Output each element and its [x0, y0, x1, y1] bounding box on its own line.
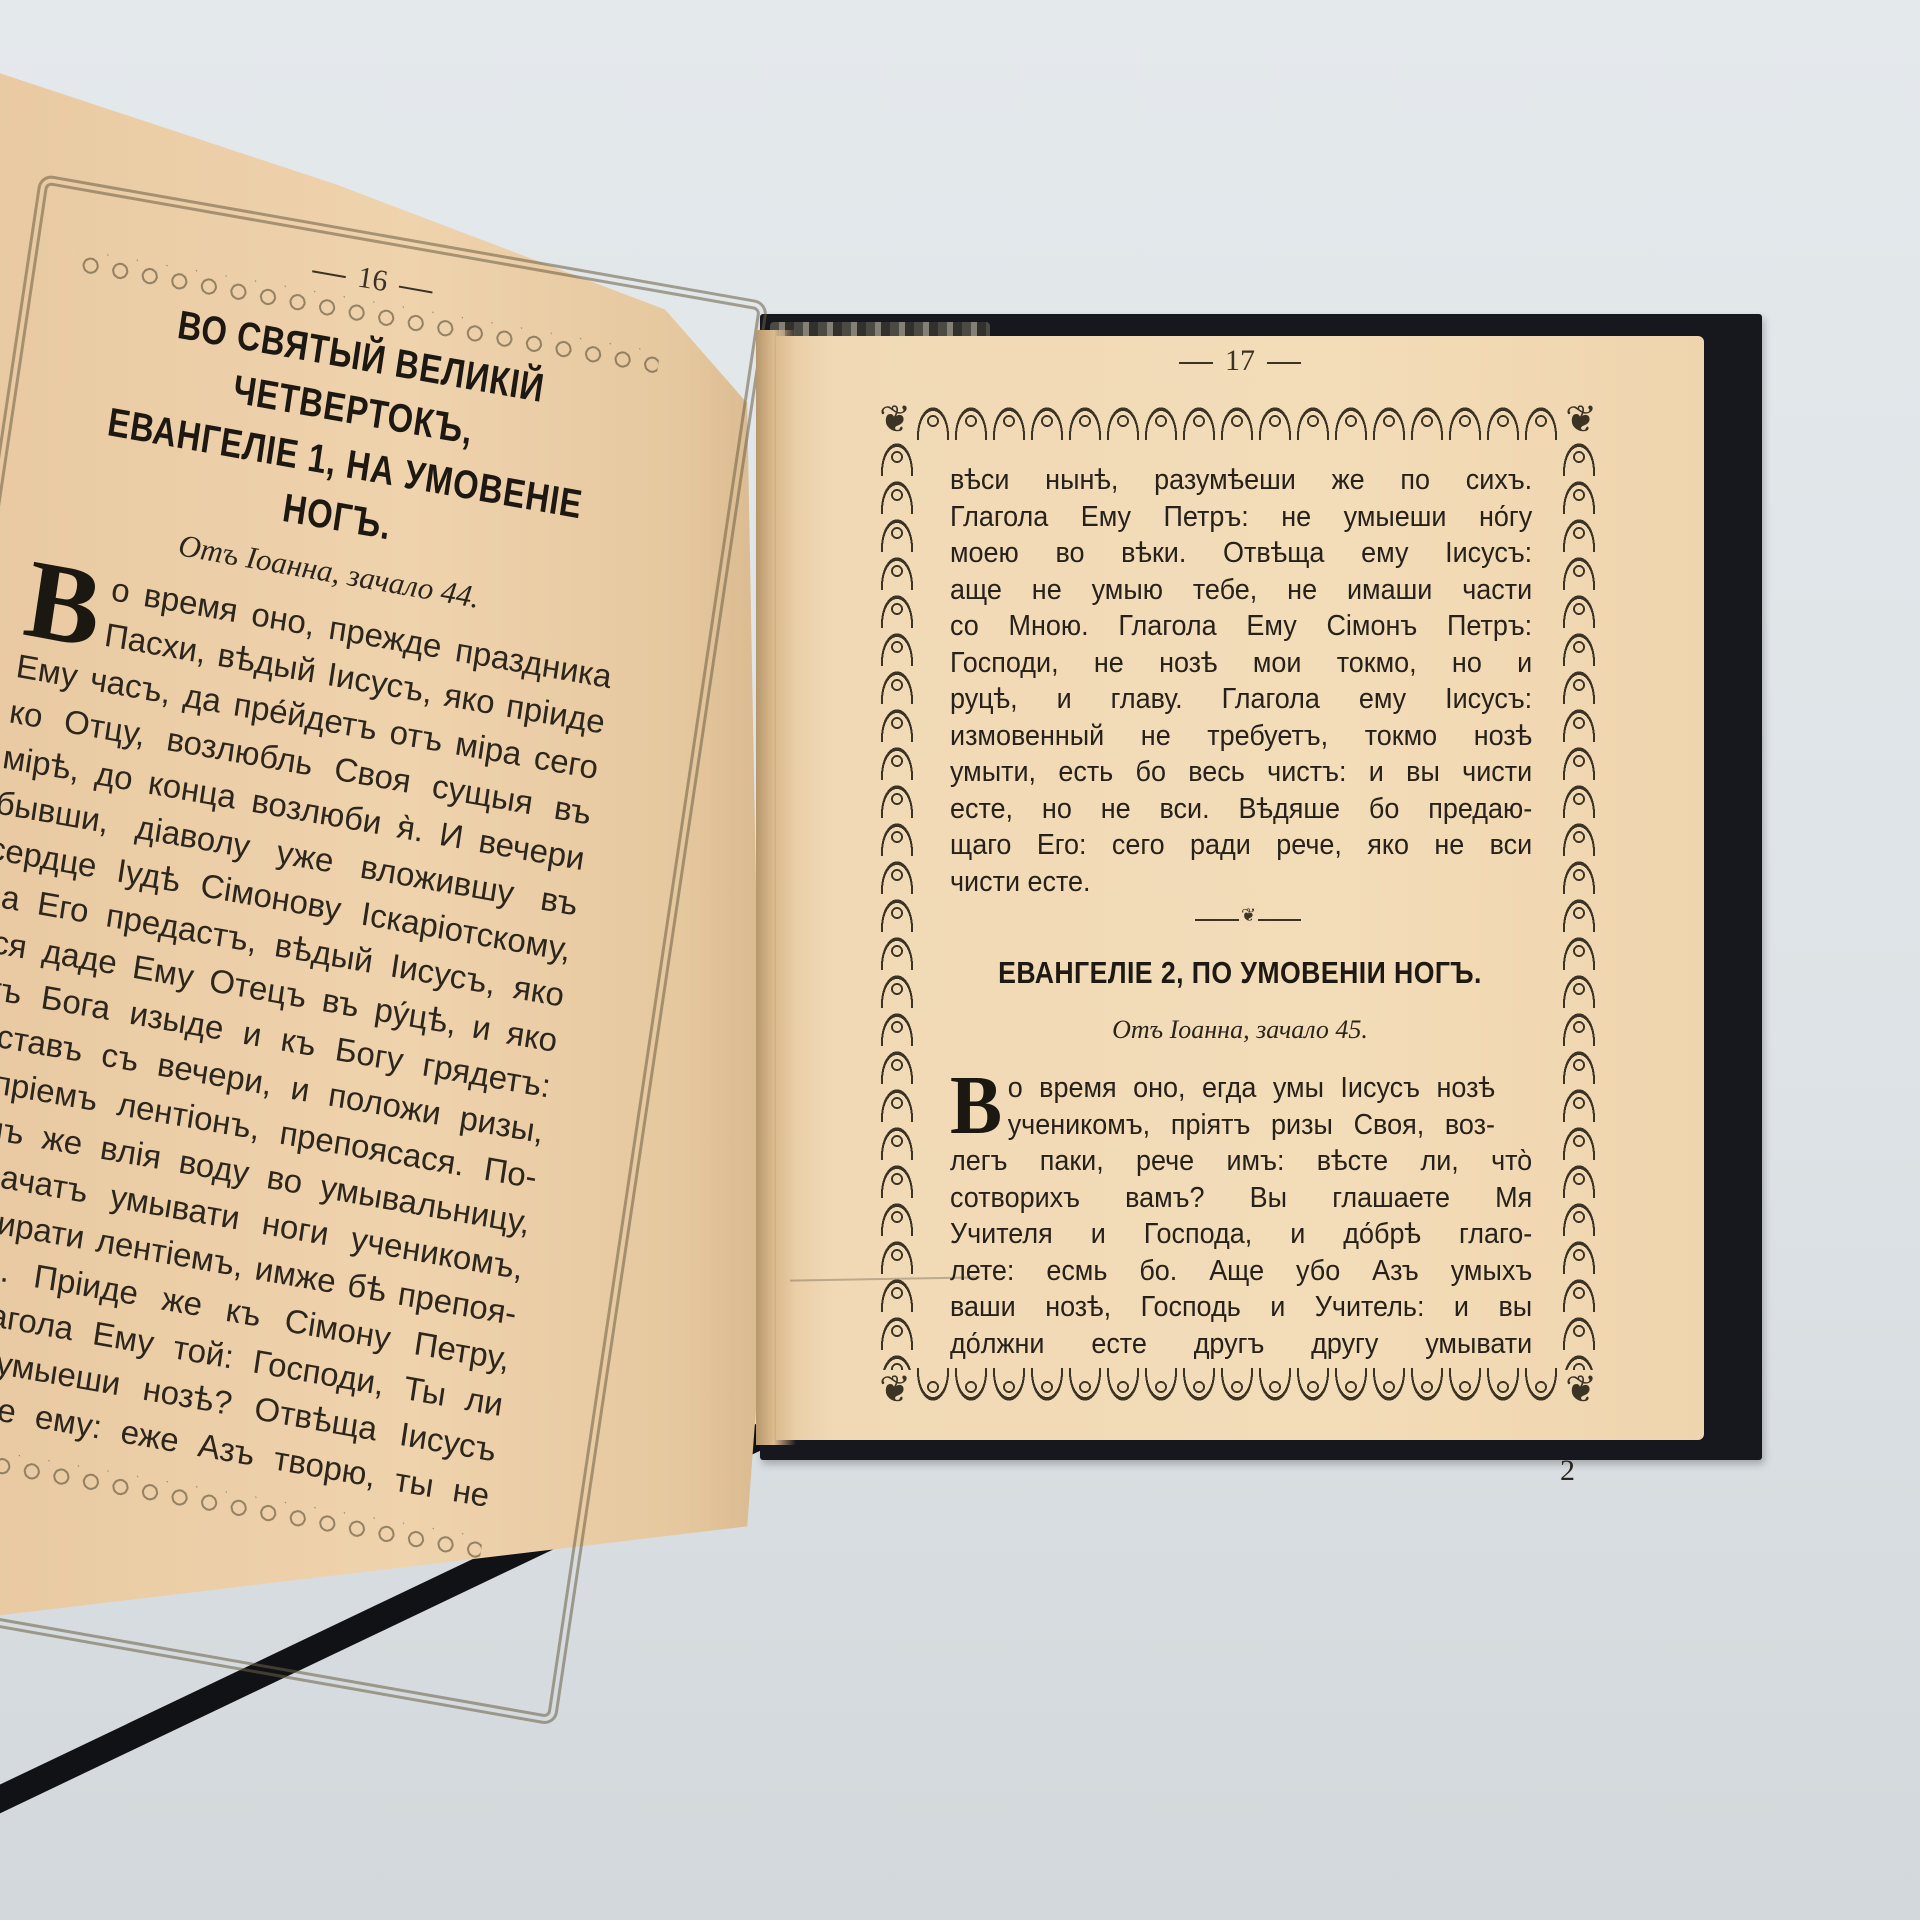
right-continued-text: вѣси нынѣ, разумѣеши же по сихъ. Глагола…	[950, 462, 1491, 900]
text-line: умыти, есть бо весь чистъ: и вы чисти	[950, 754, 1532, 791]
corner-flourish-icon: ❦	[872, 1366, 918, 1412]
text-line: вѣси нынѣ, разумѣеши же по сихъ.	[950, 462, 1532, 499]
text-line: есте, но не вси. Вѣдяше бо предаю-	[950, 791, 1532, 828]
text-line: Учителя и Господа, и до́брѣ глаго-	[950, 1216, 1532, 1253]
text-line: Глагола Ему Петръ: не умыеши но́гу	[950, 499, 1532, 536]
text-line: ученикомъ, пріятъ ризы Своя, воз-	[950, 1107, 1495, 1144]
text-line: руцѣ, и главу. Глагола ему Іисусъ:	[950, 681, 1532, 718]
left-body-text: В о время оно, прежде праздника Пасхи, в…	[0, 552, 615, 1519]
signature-mark: 2	[1560, 1454, 1575, 1488]
text-line: со Мною. Глагола Ему Сімонъ Петръ:	[950, 608, 1532, 645]
text-line: Господи, не нозѣ мои токмо, но и	[950, 645, 1532, 682]
text-line: ваши нозѣ, Господь и Учитель: и вы	[950, 1289, 1532, 1326]
right-body-text: В о время оно, егда умы Іисусъ нозѣ учен…	[950, 1070, 1491, 1362]
text-line: измовенный не требуетъ, токмо нозѣ	[950, 718, 1532, 755]
gutter-shadow	[756, 330, 796, 1445]
text-line: щаго Его: сего ради рече, яко не вси	[950, 827, 1532, 864]
text-line: моею во вѣки. Отвѣща ему Іисусъ:	[950, 535, 1532, 572]
text-line: сотворихъ вамъ? Вы глашаете Мя	[950, 1180, 1532, 1217]
fleuron-separator-icon	[1195, 914, 1301, 926]
frame-top-ornament	[914, 402, 1562, 440]
open-book-photo: 16 ВО СВЯТЫЙ ВЕЛИКІЙ ЧЕТВЕРТОКЪ, ЕВАНГЕЛ…	[0, 0, 1920, 1920]
text-line: легъ паки, рече имъ: вѣсте ли, что̀	[950, 1143, 1532, 1180]
left-page-number-text: 16	[355, 260, 389, 298]
left-drop-cap: В	[20, 554, 107, 654]
text-line: аще не умыю тебе, не имаши части	[950, 572, 1532, 609]
text-line: о время оно, егда умы Іисусъ нозѣ	[950, 1070, 1495, 1107]
frame-left-ornament	[878, 438, 916, 1370]
corner-flourish-icon: ❦	[872, 396, 918, 442]
corner-flourish-icon: ❦	[1558, 1366, 1604, 1412]
right-page-number-text: 17	[1225, 344, 1255, 377]
frame-right-ornament	[1560, 438, 1598, 1370]
right-drop-cap: В	[950, 1074, 1002, 1138]
text-line: лете: есмь бо. Аще убо Азъ умыхъ	[950, 1253, 1532, 1290]
left-page-content: 16 ВО СВЯТЫЙ ВЕЛИКІЙ ЧЕТВЕРТОКЪ, ЕВАНГЕЛ…	[0, 170, 710, 1573]
text-line: до́лжни есте другъ другу умывати	[950, 1326, 1532, 1363]
corner-flourish-icon: ❦	[1558, 396, 1604, 442]
right-heading: ЕВАНГЕЛІЕ 2, ПО УМОВЕНІИ НОГЪ.	[913, 955, 1567, 991]
left-page: 16 ВО СВЯТЫЙ ВЕЛИКІЙ ЧЕТВЕРТОКЪ, ЕВАНГЕЛ…	[0, 60, 780, 1620]
text-line: чисти есте.	[950, 864, 1532, 901]
right-source-citation: Отъ Іоанна, зачало 45.	[860, 1015, 1620, 1045]
frame-bottom-ornament	[914, 1368, 1562, 1406]
right-page-number: 17	[776, 344, 1704, 378]
